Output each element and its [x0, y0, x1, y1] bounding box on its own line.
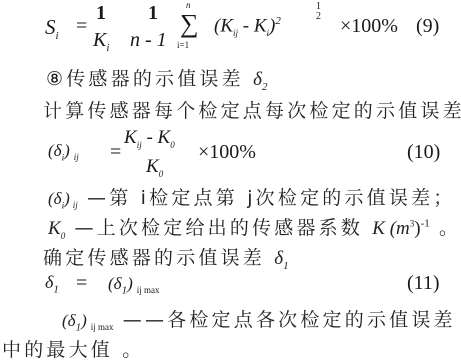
eq9-sum-lower: i=1 — [177, 40, 189, 50]
eq9-frac2-den: n - 1 — [130, 29, 167, 52]
eq9-equals: = — [76, 15, 87, 38]
eq9-frac1-num: 1 — [96, 2, 106, 25]
eq11-number: (11) — [407, 272, 440, 295]
heading-8: ⑧传感器的示值误差 δ2 — [46, 64, 267, 93]
determine-line: 确定传感器的示值误差 δ1 — [43, 243, 289, 272]
eq10-den: K0 — [146, 156, 163, 179]
sum-icon: ∑ — [180, 9, 199, 39]
definition-k0: K0 —上次检定给出的传感器系数 K (m3)-1 。 — [48, 213, 461, 241]
eq9-frac2-num: 1 — [148, 2, 158, 25]
eq10-equals: = — [110, 141, 121, 164]
eq10-number: (10) — [407, 141, 440, 164]
eq9-term: (Kij - Ki)2 — [214, 15, 281, 38]
definition-delta1-max: (δ1)ij max ——各检定点各次检定的示值误差 — [62, 305, 456, 333]
eq11-lhs: δ1 — [45, 272, 59, 296]
eq9-times: ×100% — [340, 15, 398, 38]
eq10-lhs: (δi)ij — [48, 141, 79, 162]
eq11-rhs: (δ1)ij max — [108, 274, 160, 296]
eq10-num: Kij - K0 — [124, 127, 175, 150]
eq9-frac1-den: Ki — [93, 29, 109, 54]
eq9-number: (9) — [416, 15, 439, 38]
definition-delta-ij: (δi)ij —第 i检定点第 j次检定的示值误差； — [48, 183, 455, 210]
compute-line: 计算传感器每个检定点每次检定的示值误差： — [43, 96, 461, 123]
eq11-equals: = — [76, 272, 87, 295]
eq10-times: ×100% — [198, 141, 256, 164]
eq9-outer-exp: 12 — [316, 2, 321, 22]
definition-delta1-max-cont: 中的最大值 。 — [2, 335, 144, 362]
eq9-lhs: Si — [45, 15, 59, 42]
